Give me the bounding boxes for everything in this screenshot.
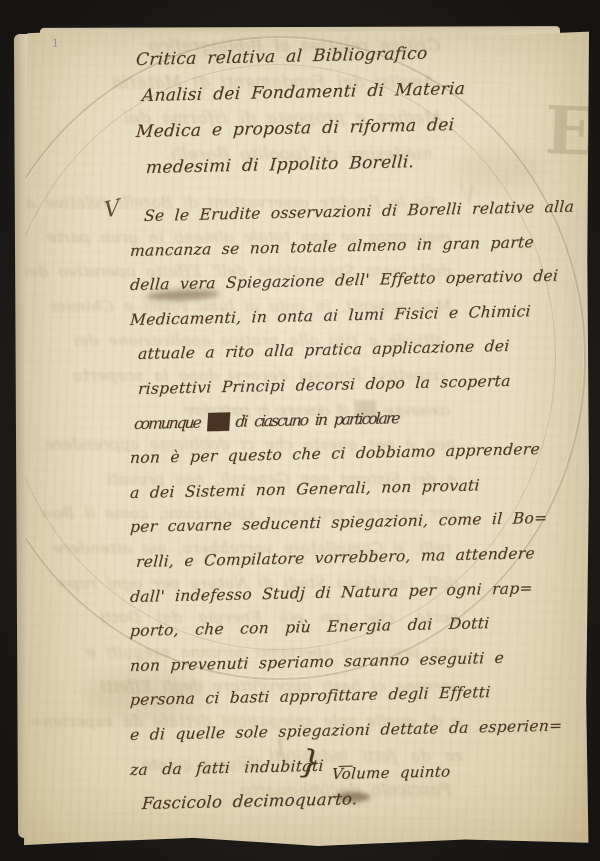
- body-block: V Se le Erudite osservazioni di Borelli …: [130, 199, 577, 787]
- scan-background: E Critica relativa al Bibliografico Anal…: [0, 0, 600, 861]
- manuscript-page: E Critica relativa al Bibliografico Anal…: [24, 30, 589, 846]
- footer-volume-line: Volume quinto: [331, 762, 451, 783]
- footer-fascicle-line: Fascicolo decimoquarto.: [141, 789, 358, 813]
- title-block: Critica relativa al Bibliografico Analis…: [136, 42, 589, 186]
- handwritten-text-layer: Critica relativa al Bibliografico Analis…: [24, 30, 589, 846]
- paragraph-mark: V: [103, 195, 120, 223]
- footer-brace: }: [299, 742, 322, 781]
